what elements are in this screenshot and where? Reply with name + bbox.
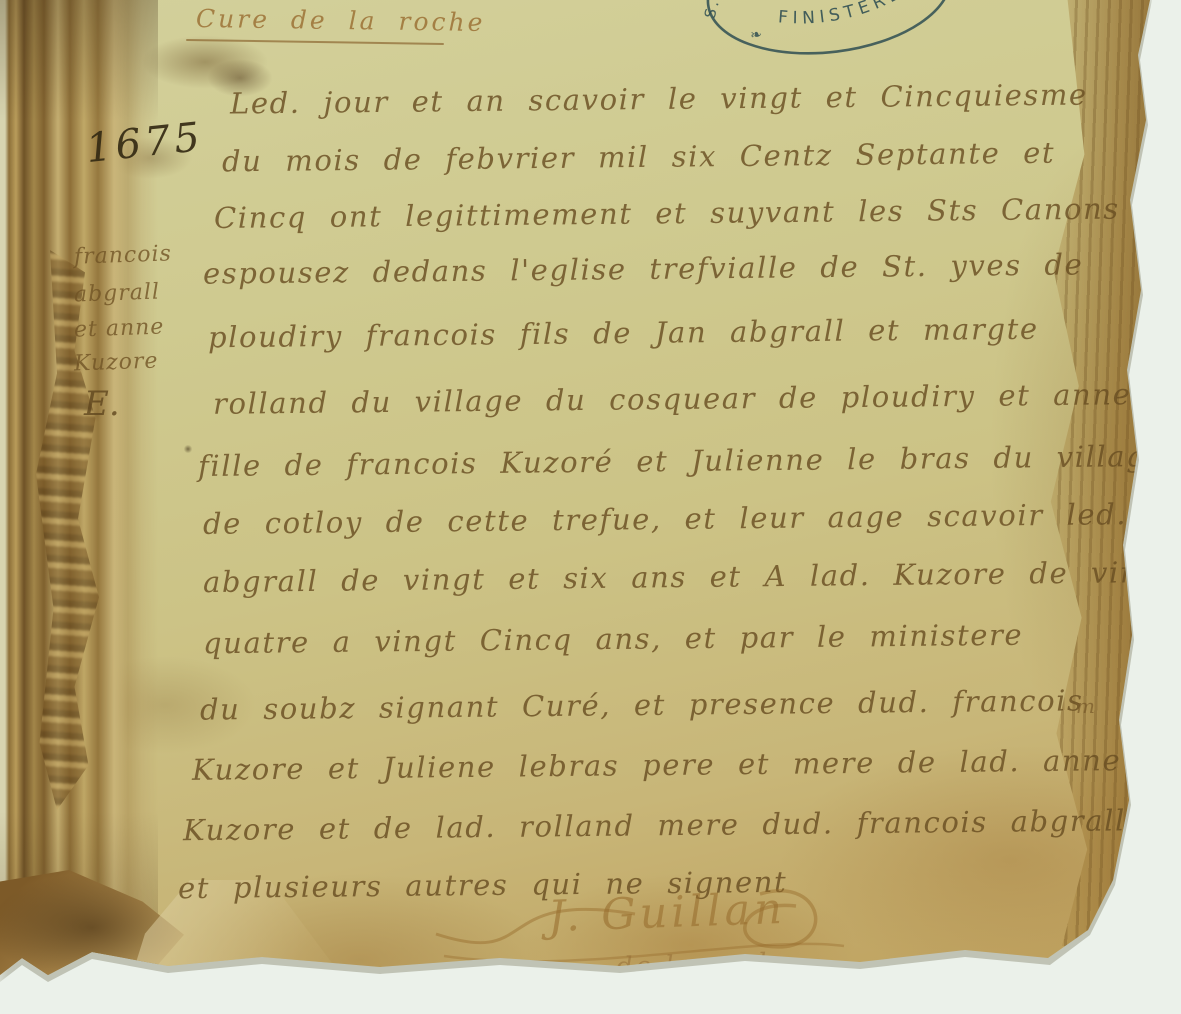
margin-note-line: francois <box>74 241 173 269</box>
body-line: Cincq ont legittimement et suyvant les S… <box>214 191 1174 235</box>
header-underline <box>186 39 444 45</box>
body-line: du mois de febvrier mil six Centz Septan… <box>222 136 1056 179</box>
body-line: Led. jour et an scavoir le vingt et Cinc… <box>230 78 1088 121</box>
margin-note-line: Kuzore <box>74 349 159 377</box>
body-line: rolland du village du cosquear de ploudi… <box>213 377 1132 421</box>
body-line: abgrall de vingt et six ans et A lad. Ku… <box>203 555 1174 599</box>
stamp-bottom-arc-text-wrap: FINISTERE <box>774 0 909 33</box>
stamp-ornament-icon: ❧ <box>749 27 763 44</box>
manuscript-page: Cure de la roche S.PROPRIETE FINISTERE ❧… <box>0 0 1181 1014</box>
right-margin-mark: m <box>1076 694 1095 718</box>
body-line: espousez dedans l'eglise trefvialle de S… <box>203 247 1084 290</box>
body-line: de cotloy de cette trefue, et leur aage … <box>203 497 1127 541</box>
body-line: ploudiry francois fils de Jan abgrall et… <box>208 312 1039 355</box>
page-header-title: Cure de la roche <box>196 4 486 37</box>
archive-stamp: S.PROPRIETE FINISTERE ❧ <box>693 0 967 77</box>
margin-note-line: et anne <box>74 314 165 342</box>
archive-stamp-graphic: S.PROPRIETE FINISTERE ❧ <box>693 0 967 77</box>
body-line: du soubz signant Curé, et presence dud. … <box>200 683 1084 726</box>
body-line: fille de francois Kuzoré et Julienne le … <box>198 439 1165 483</box>
body-line: quatre a vingt Cincq ans, et par le mini… <box>203 618 1024 661</box>
body-line: Kuzore et Juliene lebras pere et mere de… <box>192 743 1122 787</box>
signature-name: J. Guillan <box>547 884 786 942</box>
manuscript-photo: Cure de la roche S.PROPRIETE FINISTERE ❧… <box>0 0 1181 1014</box>
margin-note-line: abgrall <box>74 280 161 308</box>
body-line: Kuzore et de lad. rolland mere dud. fran… <box>183 803 1180 847</box>
stamp-bottom-arc-text: FINISTERE <box>774 0 909 33</box>
margin-mark: E. <box>84 384 120 424</box>
